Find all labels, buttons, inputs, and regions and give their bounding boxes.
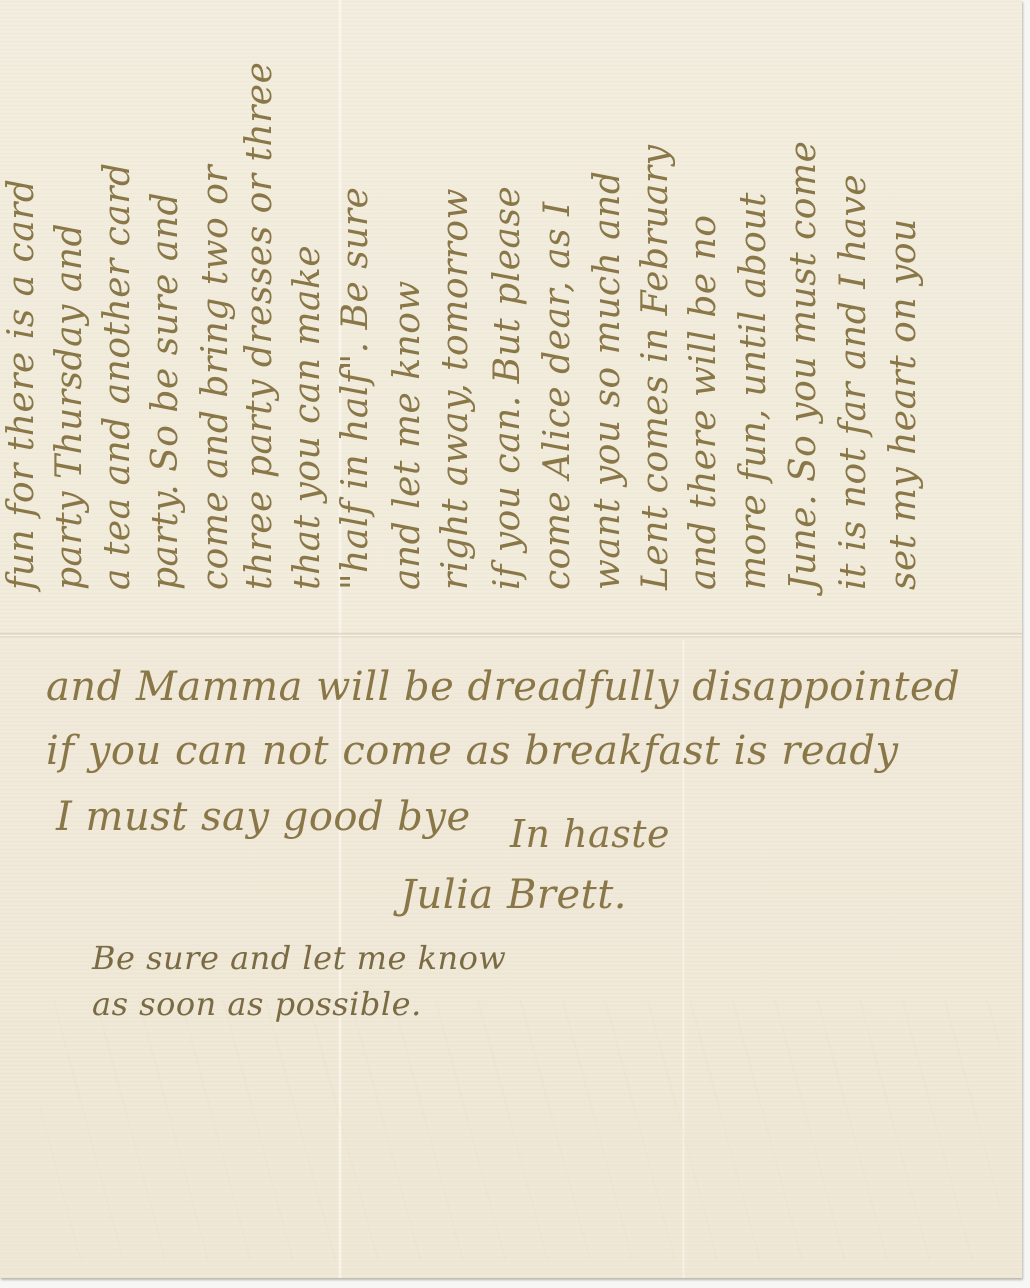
rotated-line: come and bring two or bbox=[196, 165, 236, 590]
rotated-line: want you so much and bbox=[588, 171, 628, 590]
rotated-line: and let me know bbox=[388, 280, 428, 590]
rotated-line: "half in half". Be sure bbox=[336, 187, 376, 590]
letter-line: if you can not come as breakfast is read… bbox=[46, 728, 899, 774]
rotated-line: party. So be sure and bbox=[146, 192, 186, 590]
letter-line: I must say good bye bbox=[56, 794, 471, 840]
rotated-line: and there will be no bbox=[684, 214, 724, 590]
rotated-line: it is not far and I have bbox=[834, 174, 874, 590]
rotated-line: party Thursday and bbox=[50, 223, 90, 590]
rotated-line: come Alice dear, as I bbox=[538, 201, 578, 590]
closing-text: In haste bbox=[510, 812, 670, 856]
ink-bleed-through bbox=[40, 1000, 1000, 1260]
rotated-line: June. So you must come bbox=[784, 141, 824, 590]
letter-line: and Mamma will be dreadfully disappointe… bbox=[46, 664, 960, 710]
rotated-line: right away, tomorrow bbox=[436, 188, 476, 590]
postscript-line: as soon as possible. bbox=[92, 986, 422, 1022]
rotated-line: set my heart on you bbox=[884, 218, 924, 590]
rotated-line: that you can make bbox=[288, 245, 328, 590]
rotated-line: a tea and another card bbox=[98, 162, 138, 590]
signature: Julia Brett. bbox=[400, 872, 627, 918]
letter-page: fun for there is a card party Thursday a… bbox=[0, 0, 1022, 1278]
rotated-line: if you can. But please bbox=[488, 186, 528, 590]
horizontal-fold-crease bbox=[0, 632, 1022, 638]
postscript-line: Be sure and let me know bbox=[92, 940, 506, 976]
rotated-line: more fun, until about bbox=[734, 192, 774, 590]
rotated-line: fun for there is a card bbox=[2, 179, 42, 590]
rotated-line: Lent comes in February bbox=[636, 145, 676, 590]
rotated-line: three party dresses or three bbox=[240, 62, 280, 590]
